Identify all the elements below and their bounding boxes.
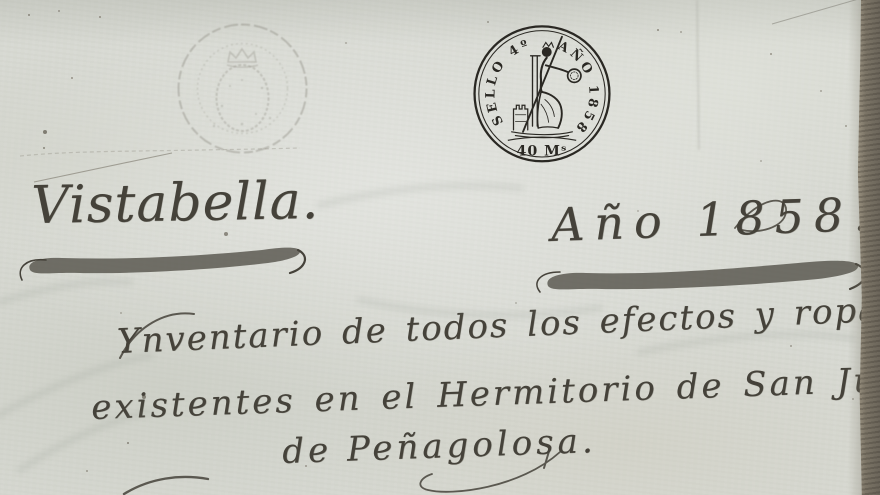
ink-flourishes-layer [0, 0, 880, 495]
scanned-document: SELLO 4º AÑO 1858. 40 Mˢ Vistabella. Año… [0, 0, 880, 495]
flourish-under-place [20, 248, 305, 280]
page-edge-shadow [848, 0, 862, 495]
flourish-under-year [537, 261, 865, 292]
